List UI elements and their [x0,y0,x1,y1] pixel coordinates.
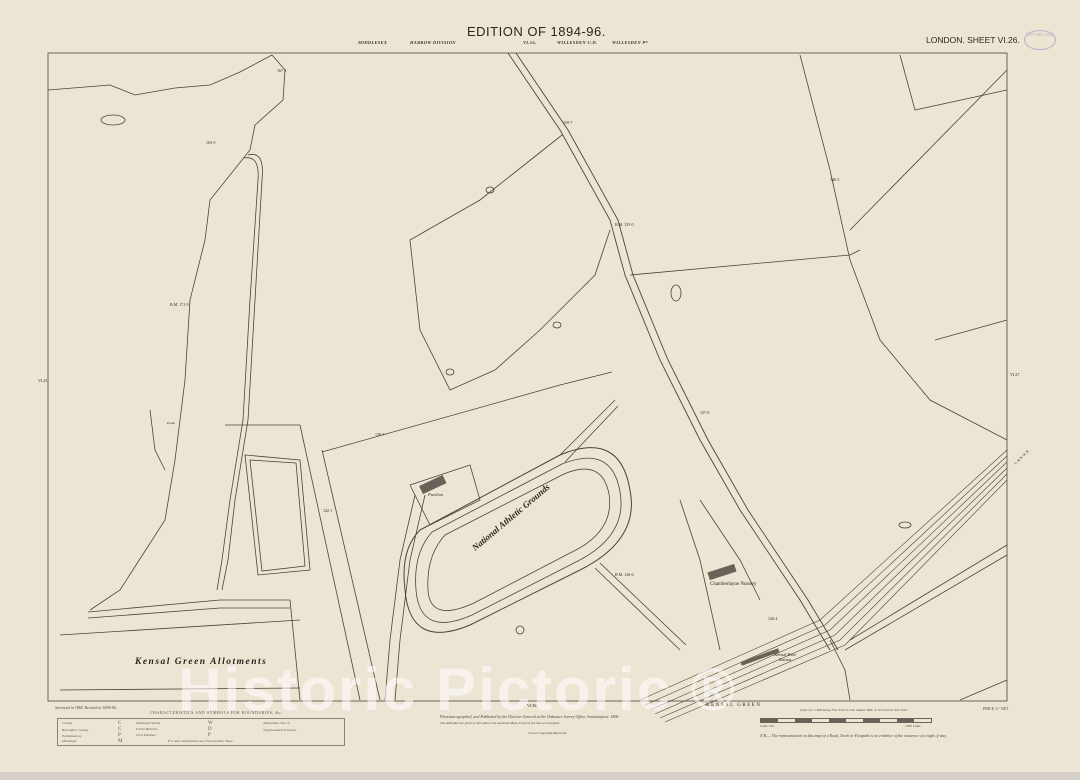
spot-height: 163·9 [206,140,215,145]
map-border [48,53,1007,701]
scale-label-end: 1000 Links [905,724,920,728]
legend-item: Borough's: County [62,728,88,732]
publication-note: Photozincographed, and Published by the … [440,714,619,719]
legend-item: Urban Districts [136,727,157,731]
legend-note: For other information see Characteristic… [168,739,233,743]
label-pavilion: Pavilion [428,492,443,497]
boundary-legend: County Borough's: County Parliamentary M… [57,718,345,746]
spot-height: B.M. 126·6 [615,572,634,577]
spot-height: B.M. 155·0 [615,222,634,227]
legend-code: C [118,727,121,732]
spot-height: 146·3 [830,177,839,182]
legend-item: Civil Parishes [136,733,156,737]
legend-code: P [208,733,211,738]
copyright: Crown Copyright Reserved. [528,731,567,735]
legend-item: Municipal Wards [136,721,160,725]
legend-title: CHARACTERISTICS AND SYMBOLS FOR BOUNDARI… [150,710,283,715]
legend-code: C [118,721,121,726]
spot-height: 159·7 [563,120,572,125]
legend-code: P [118,733,121,738]
legend-item: Parliamentary [62,734,82,738]
spot-height: B.M. 171·9 [170,302,189,307]
legend-item: Antiquities: Site of [263,721,290,725]
scale-bar [760,718,932,723]
adjoining-sheet-west: VI.25. [38,378,48,383]
label-kensal-rise-station: Kensal Rise Station [772,652,798,662]
legend-item: County [62,721,72,725]
legend-item: Trigonometrical Station [263,728,296,732]
legend-code: D [208,727,212,732]
spot-height: 139·7 [375,432,384,437]
spot-height: 142·1 [323,508,332,513]
right-of-way-note: N.B.— The representation on this map of … [760,733,947,738]
altitudes-note: The Altitudes are given in feet above th… [440,721,560,725]
legend-code: W [208,721,213,726]
spot-height: 167·5 [277,68,286,73]
survey-note: Surveyed in 1865. Revised in 1894-96. [55,705,117,710]
adjoining-sheet-east: VI.27. [1010,372,1020,377]
scale-label-start: Links 100 [760,724,774,728]
legend-code: M [118,739,122,744]
spot-height: 126·4 [768,616,777,621]
legend-item: Municipal [62,739,76,743]
label-pump: Pump [167,421,175,425]
spot-height: 137·8 [700,410,709,415]
scale-title: Scale of 1:1056 being Five Feet to One S… [800,708,908,712]
label-chamberlayne-nursery: Chamberlayne Nursery [710,582,757,587]
price: PRICE 1/- NET [983,706,1009,711]
